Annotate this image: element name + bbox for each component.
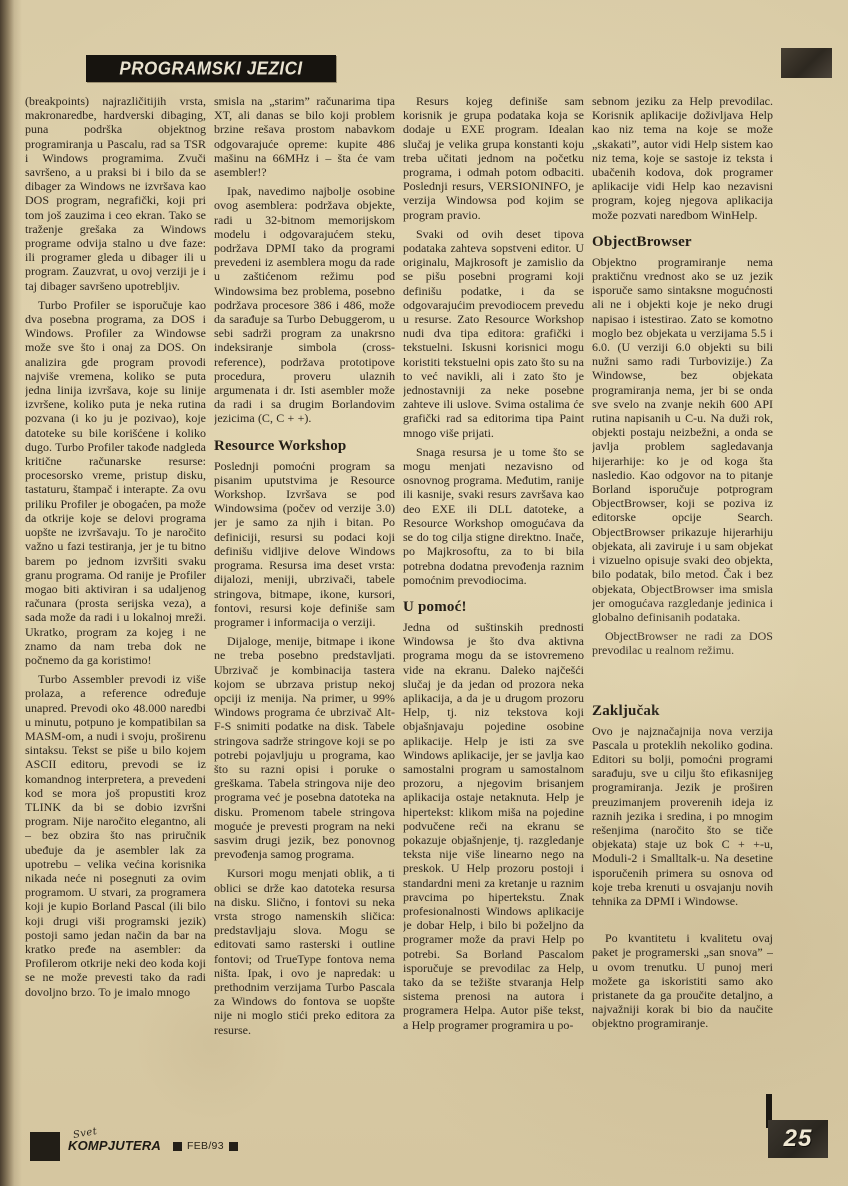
article-column-4: sebnom jeziku za Help prevodilac. Korisn… — [592, 94, 773, 1134]
paragraph: Objektno programiranje nema praktičnu vr… — [592, 255, 773, 624]
paragraph: Turbo Profiler se isporučuje kao dva pos… — [25, 298, 206, 667]
magazine-logo-name: KOMPJUTERA — [68, 1138, 161, 1153]
paragraph: smisla na „starim” računarima tipa XT, a… — [214, 94, 395, 179]
article-column-2: smisla na „starim” računarima tipa XT, a… — [214, 94, 395, 1134]
section-heading: ObjectBrowser — [592, 234, 773, 251]
footer-logo-block — [30, 1132, 60, 1161]
magazine-logo: Svet KOMPJUTERA — [68, 1137, 161, 1155]
magazine-page: PROGRAMSKI JEZICI (breakpoints) najrazli… — [0, 0, 848, 1186]
paragraph: Dijaloge, menije, bitmape i ikone ne tre… — [214, 634, 395, 861]
paragraph: sebnom jeziku za Help prevodilac. Korisn… — [592, 94, 773, 222]
paragraph: Kursori mogu menjati oblik, a ti oblici … — [214, 866, 395, 1036]
paragraph: Jedna od suštinskih prednosti Windowsa j… — [403, 620, 584, 1032]
paragraph: Ovo je najznačajnija nova verzija Pascal… — [592, 724, 773, 909]
column-gap — [592, 913, 773, 931]
paragraph: Svaki od ovih deset tipova podataka zaht… — [403, 227, 584, 440]
header-corner-block — [781, 48, 832, 78]
section-banner: PROGRAMSKI JEZICI — [86, 55, 336, 82]
column-gap — [592, 663, 773, 691]
paragraph: Po kvantitetu i kvalitetu ovaj paket je … — [592, 931, 773, 1030]
page-number-box: 25 — [768, 1120, 828, 1158]
paragraph: Snaga resursa je u tome što se mogu menj… — [403, 445, 584, 587]
article-column-1: (breakpoints) najrazličitijih vrsta, mak… — [25, 94, 206, 1134]
section-heading: U pomoć! — [403, 599, 584, 616]
section-heading: Zaključak — [592, 703, 773, 720]
section-heading: Resource Workshop — [214, 438, 395, 455]
article-column-3: Resurs kojeg definiše sam korisnik je gr… — [403, 94, 584, 1134]
footer-separator-square — [229, 1142, 238, 1151]
page-gutter-shadow — [0, 0, 22, 1186]
footer-separator-square — [173, 1142, 182, 1151]
page-footer: Svet KOMPJUTERA FEB/93 — [30, 1129, 243, 1163]
page-number: 25 — [784, 1125, 813, 1153]
paragraph: Turbo Assembler prevodi iz više prolaza,… — [25, 672, 206, 999]
paragraph: (breakpoints) najrazličitijih vrsta, mak… — [25, 94, 206, 293]
section-banner-label: PROGRAMSKI JEZICI — [119, 58, 302, 80]
paragraph: Poslednji pomoćni program sa pisanim upu… — [214, 459, 395, 629]
issue-label: FEB/93 — [187, 1140, 224, 1152]
article-columns: (breakpoints) najrazličitijih vrsta, mak… — [25, 94, 773, 1134]
paragraph: Ipak, navedimo najbolje osobine ovog ase… — [214, 184, 395, 425]
paragraph: ObjectBrowser ne radi za DOS prevodilac … — [592, 629, 773, 657]
paragraph: Resurs kojeg definiše sam korisnik je gr… — [403, 94, 584, 222]
